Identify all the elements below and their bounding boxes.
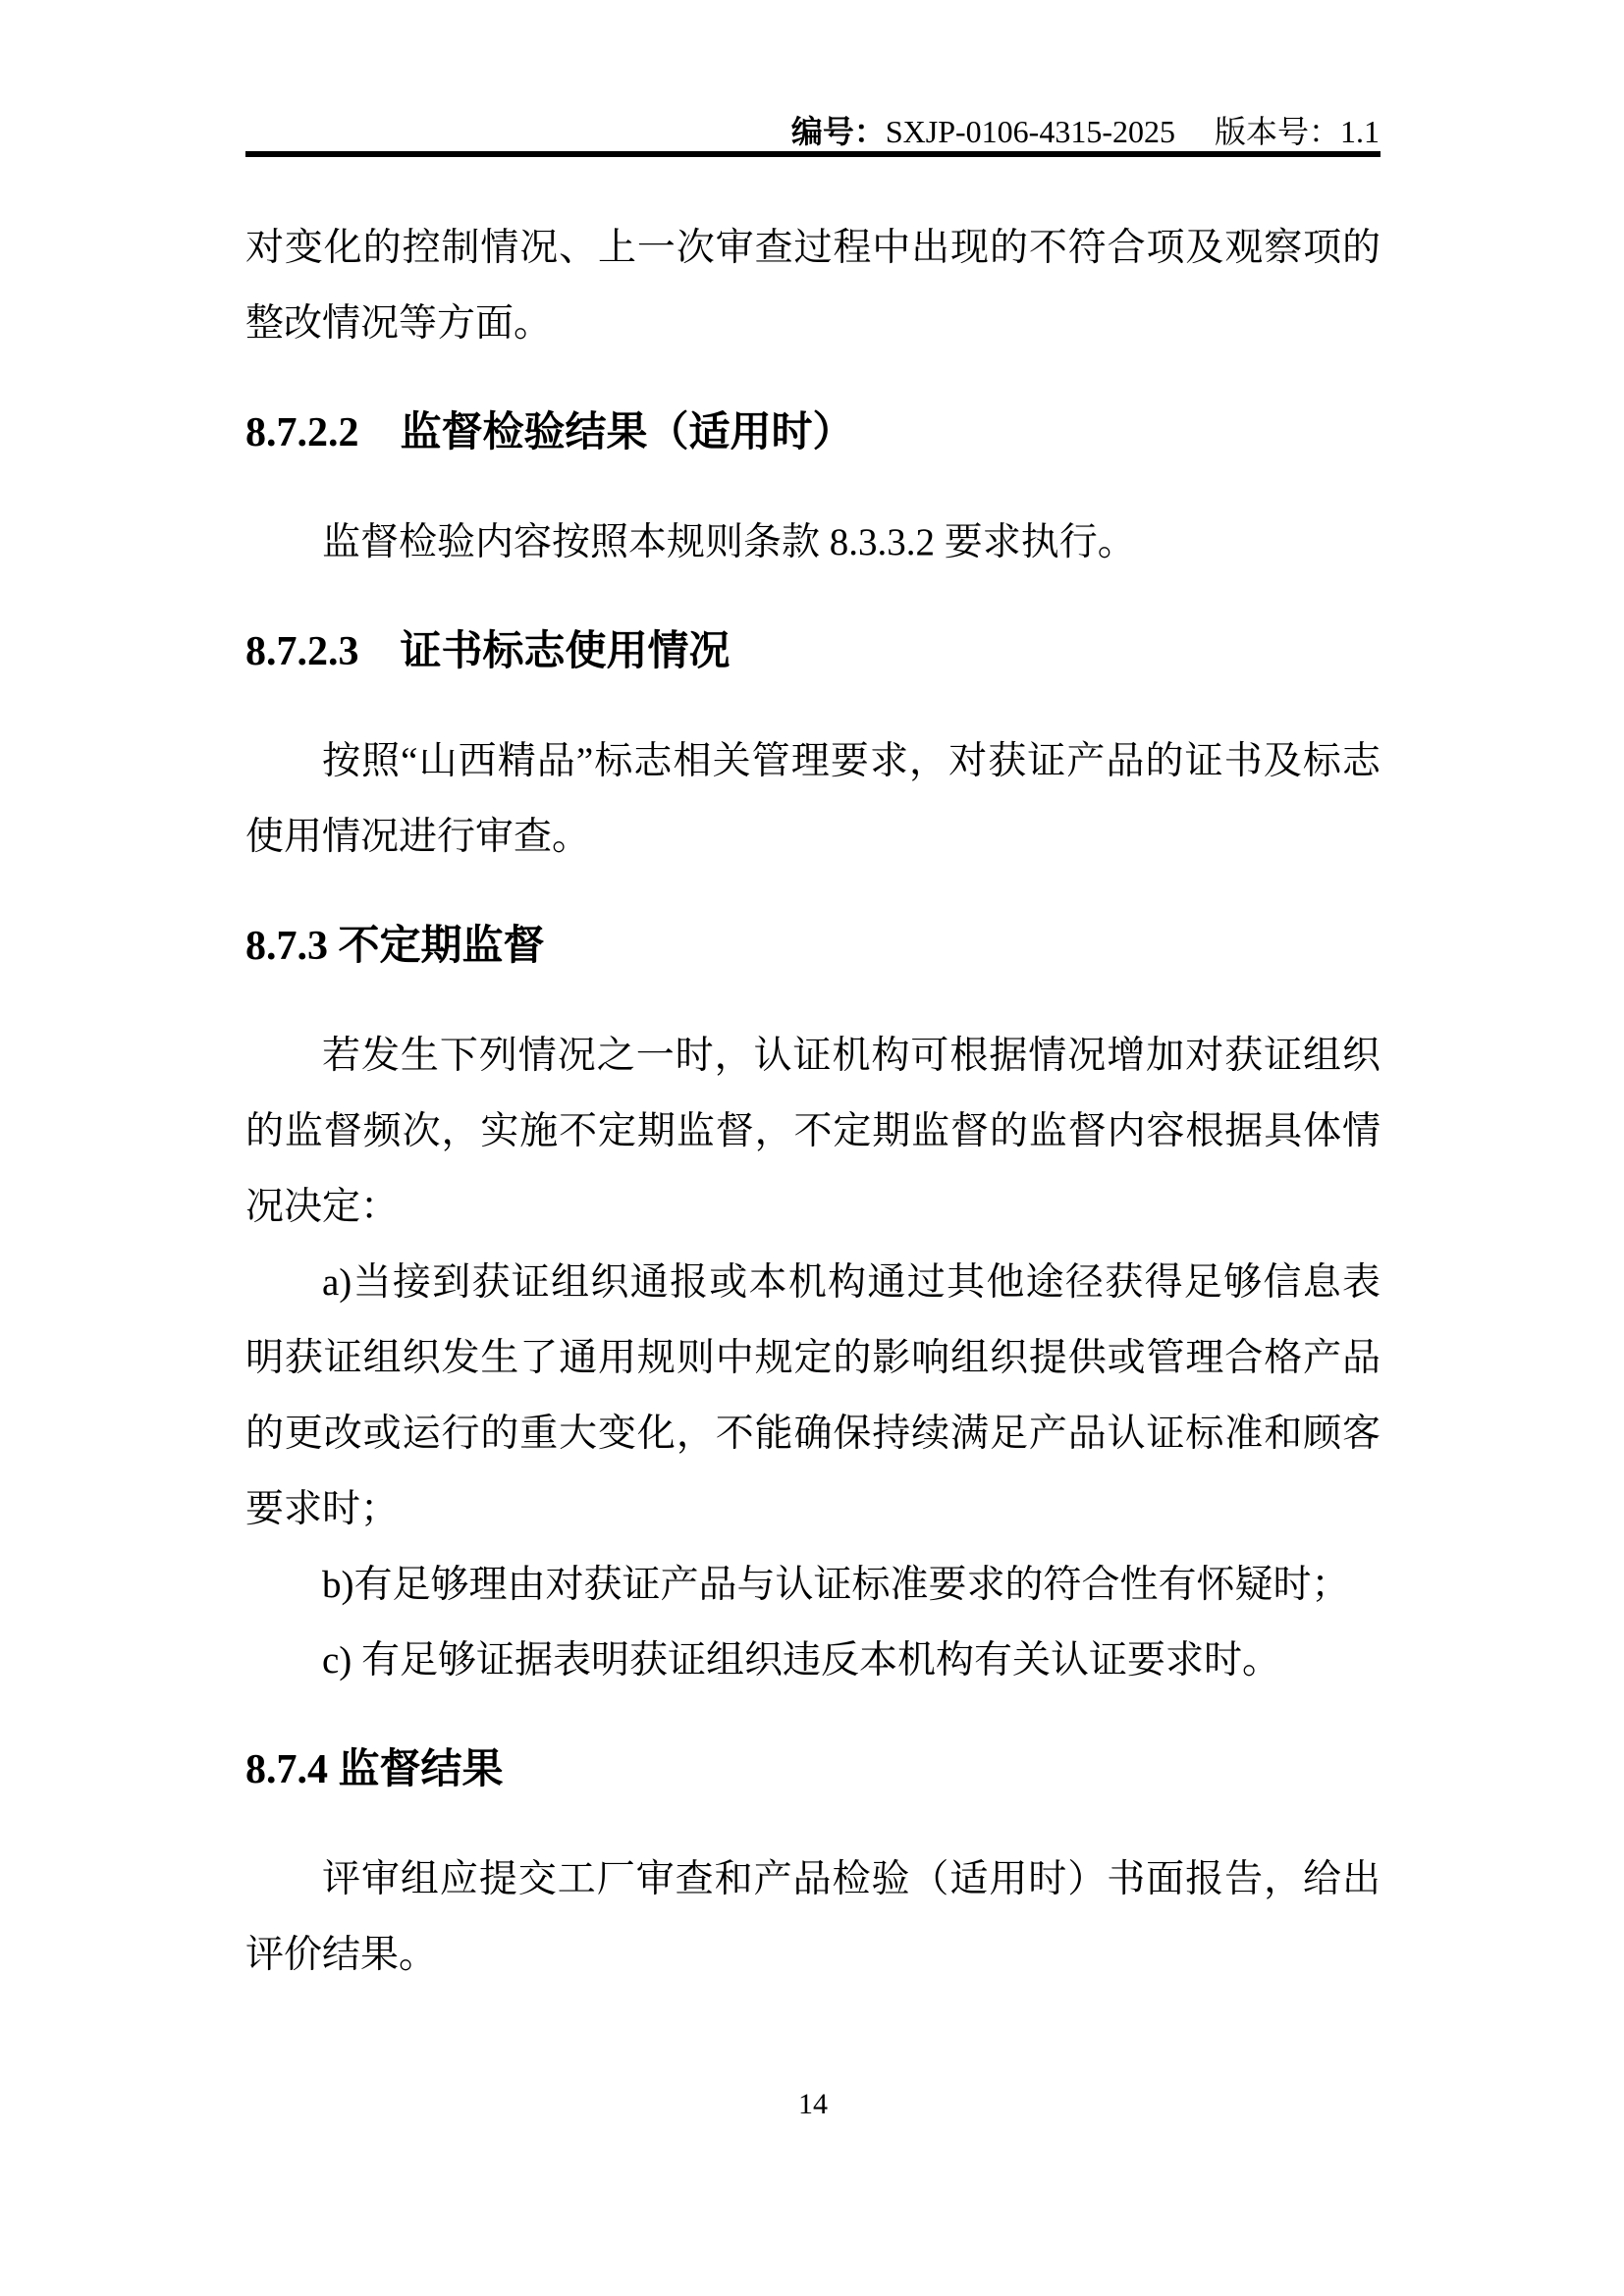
- paragraph-continuation: 对变化的控制情况、上一次审查过程中出现的不符合项及观察项的整改情况等方面。: [245, 210, 1380, 361]
- page-header: 编号：SXJP-0106-4315-2025版本号：1.1: [791, 112, 1380, 151]
- paragraph: 若发生下列情况之一时，认证机构可根据情况增加对获证组织的监督频次，实施不定期监督…: [245, 1018, 1380, 1245]
- version-value: 1.1: [1340, 114, 1380, 149]
- list-item-c: c) 有足够证据表明获证组织违反本机构有关认证要求时。: [245, 1623, 1380, 1698]
- list-item-a: a)当接到获证组织通报或本机构通过其他途径获得足够信息表明获证组织发生了通用规则…: [245, 1245, 1380, 1547]
- header-rule: [245, 151, 1380, 157]
- doc-number-value: SXJP-0106-4315-2025: [886, 114, 1175, 149]
- paragraph: 评审组应提交工厂审查和产品检验（适用时）书面报告，给出评价结果。: [245, 1842, 1380, 1993]
- paragraph: 按照“山西精品”标志相关管理要求，对获证产品的证书及标志使用情况进行审查。: [245, 723, 1380, 875]
- section-heading-8-7-3: 8.7.3 不定期监督: [245, 909, 1380, 985]
- section-heading-8-7-2-3: 8.7.2.3 证书标志使用情况: [245, 614, 1380, 690]
- doc-number-label: 编号：: [791, 114, 886, 149]
- document-body: 对变化的控制情况、上一次审查过程中出现的不符合项及观察项的整改情况等方面。 8.…: [245, 210, 1380, 1993]
- section-heading-8-7-2-2: 8.7.2.2 监督检验结果（适用时）: [245, 396, 1380, 471]
- list-item-b: b)有足够理由对获证产品与认证标准要求的符合性有怀疑时；: [245, 1547, 1380, 1623]
- version-label: 版本号：: [1215, 114, 1340, 149]
- page-number: 14: [245, 2085, 1380, 2124]
- section-heading-8-7-4: 8.7.4 监督结果: [245, 1733, 1380, 1808]
- document-page: 编号：SXJP-0106-4315-2025版本号：1.1 对变化的控制情况、上…: [0, 0, 1624, 2296]
- paragraph: 监督检验内容按照本规则条款 8.3.3.2 要求执行。: [245, 505, 1380, 580]
